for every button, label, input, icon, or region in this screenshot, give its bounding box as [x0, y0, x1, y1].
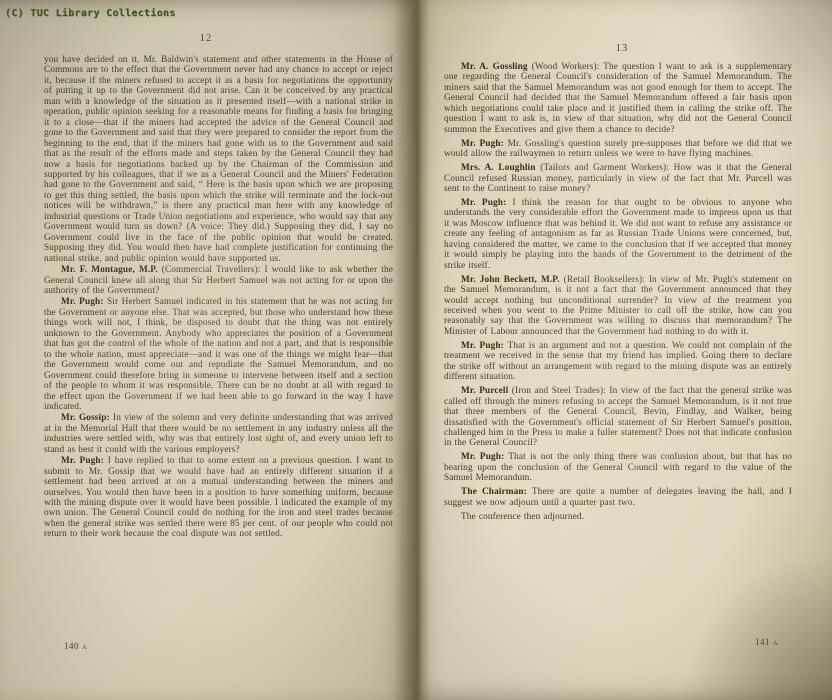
speaker-name: Mr. Pugh:: [461, 341, 504, 351]
speaker-name: Mr. Pugh:: [61, 456, 104, 466]
paragraph: Mr. A. Gossling (Wood Workers): The ques…: [444, 62, 792, 135]
speaker-name: Mr. Pugh:: [61, 297, 104, 307]
paragraph: Mrs. A. Loughlin (Tailors and Garment Wo…: [444, 163, 792, 194]
speaker-name: Mr. F. Montague, M.P.: [61, 265, 158, 275]
speaker-name: Mr. John Beckett, M.P.: [461, 275, 560, 285]
paragraph: Mr. Pugh: That is not the only thing the…: [444, 452, 792, 483]
paragraph: The Chairman: There are quite a number o…: [444, 487, 792, 508]
paragraph: Mr. Pugh: I have replied to that to some…: [44, 456, 393, 540]
speaker-name: Mr. Pugh:: [461, 139, 504, 149]
page-footer: 141A: [755, 637, 778, 647]
paragraph: Mr. John Beckett, M.P. (Retail Bookselle…: [444, 275, 792, 338]
speaker-name: Mr. Gossip:: [61, 413, 110, 423]
page-text: Mr. A. Gossling (Wood Workers): The ques…: [444, 62, 792, 526]
paragraph: Mr. Pugh: Sir Herbert Samuel indicated i…: [44, 297, 393, 412]
page-number: 13: [412, 43, 832, 54]
footer-letter: A: [82, 644, 87, 651]
page-13: 13 Mr. A. Gossling (Wood Workers): The q…: [412, 0, 832, 700]
footer-letter: A: [773, 640, 778, 647]
speaker-name: Mr. A. Gossling: [461, 62, 528, 72]
book-spread: 12 you have decided on it. Mr. Baldwin's…: [0, 0, 832, 700]
paragraph: Mr. Pugh: I think the reason for that ou…: [444, 198, 792, 271]
speaker-name: Mr. Pugh:: [461, 198, 506, 208]
page-12: 12 you have decided on it. Mr. Baldwin's…: [0, 0, 412, 700]
copyright-watermark: (C) TUC Library Collections: [5, 8, 176, 19]
paragraph: Mr. Gossip: In view of the solemn and ve…: [44, 413, 393, 455]
page-number: 12: [0, 33, 412, 44]
paragraph: Mr. Purcell (Iron and Steel Trades): In …: [444, 386, 792, 449]
speaker-name: Mr. Purcell: [461, 386, 508, 396]
paragraph: The conference then adjourned.: [444, 512, 792, 522]
paragraph: Mr. Pugh: Mr. Gossling's question surely…: [444, 139, 792, 160]
paragraph: you have decided on it. Mr. Baldwin's st…: [44, 55, 393, 264]
speaker-name: The Chairman:: [461, 487, 527, 497]
paragraph: Mr. F. Montague, M.P. (Commercial Travel…: [44, 265, 393, 296]
page-footer: 140A: [64, 641, 87, 651]
speaker-name: Mr. Pugh:: [461, 452, 504, 462]
paragraph: Mr. Pugh: That is an argument and not a …: [444, 341, 792, 383]
footer-number: 141: [755, 637, 770, 647]
footer-number: 140: [64, 641, 79, 651]
speaker-name: Mrs. A. Loughlin: [461, 163, 536, 173]
page-text: you have decided on it. Mr. Baldwin's st…: [44, 55, 393, 541]
